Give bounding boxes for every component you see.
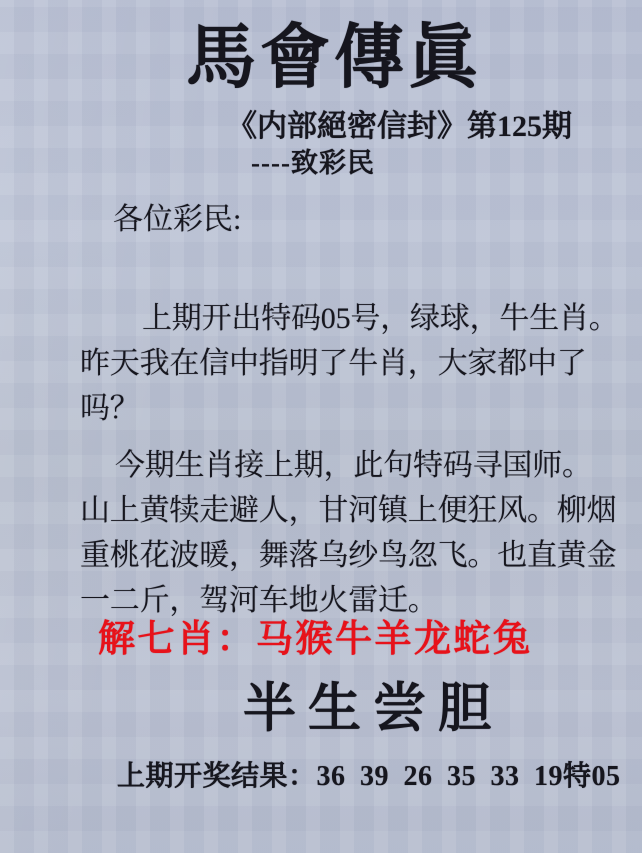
paragraph-line: 昨天我在信中指明了牛肖，大家都中了	[80, 341, 625, 386]
masthead-title: 馬會傳眞	[0, 16, 642, 102]
salutation: 各位彩民:	[113, 202, 241, 238]
paragraph-line: 重桃花波暖，舞落乌纱鸟忽飞。也直黄金	[80, 533, 625, 578]
paragraph-previous-draw: 上期开出特码05号，绿球，牛生肖。 昨天我在信中指明了牛肖，大家都中了 吗？	[80, 296, 625, 431]
dedication-line: ----致彩民	[251, 147, 375, 179]
previous-result-line: 上期开奖结果：36 39 26 35 33 19特05	[117, 758, 621, 796]
paragraph-line: 吗？	[80, 386, 625, 431]
paragraph-line: 今期生肖接上期，此句特码寻国师。	[80, 443, 625, 488]
fax-letter-page: 馬會傳眞 《内部絕密信封》第125期 ----致彩民 各位彩民: 上期开出特码0…	[0, 0, 642, 853]
paragraph-line: 山上黄犊走避人，甘河镇上便狂风。柳烟	[80, 488, 625, 533]
issue-line: 《内部絕密信封》第125期	[227, 108, 572, 146]
paragraph-current-hint: 今期生肖接上期，此句特码寻国师。 山上黄犊走避人，甘河镇上便狂风。柳烟 重桃花波…	[80, 443, 625, 623]
idiom-line: 半生尝胆	[243, 676, 503, 742]
seven-zodiac-hint: 解七肖：马猴牛羊龙蛇兔	[98, 617, 533, 663]
paragraph-line: 上期开出特码05号，绿球，牛生肖。	[80, 296, 625, 341]
